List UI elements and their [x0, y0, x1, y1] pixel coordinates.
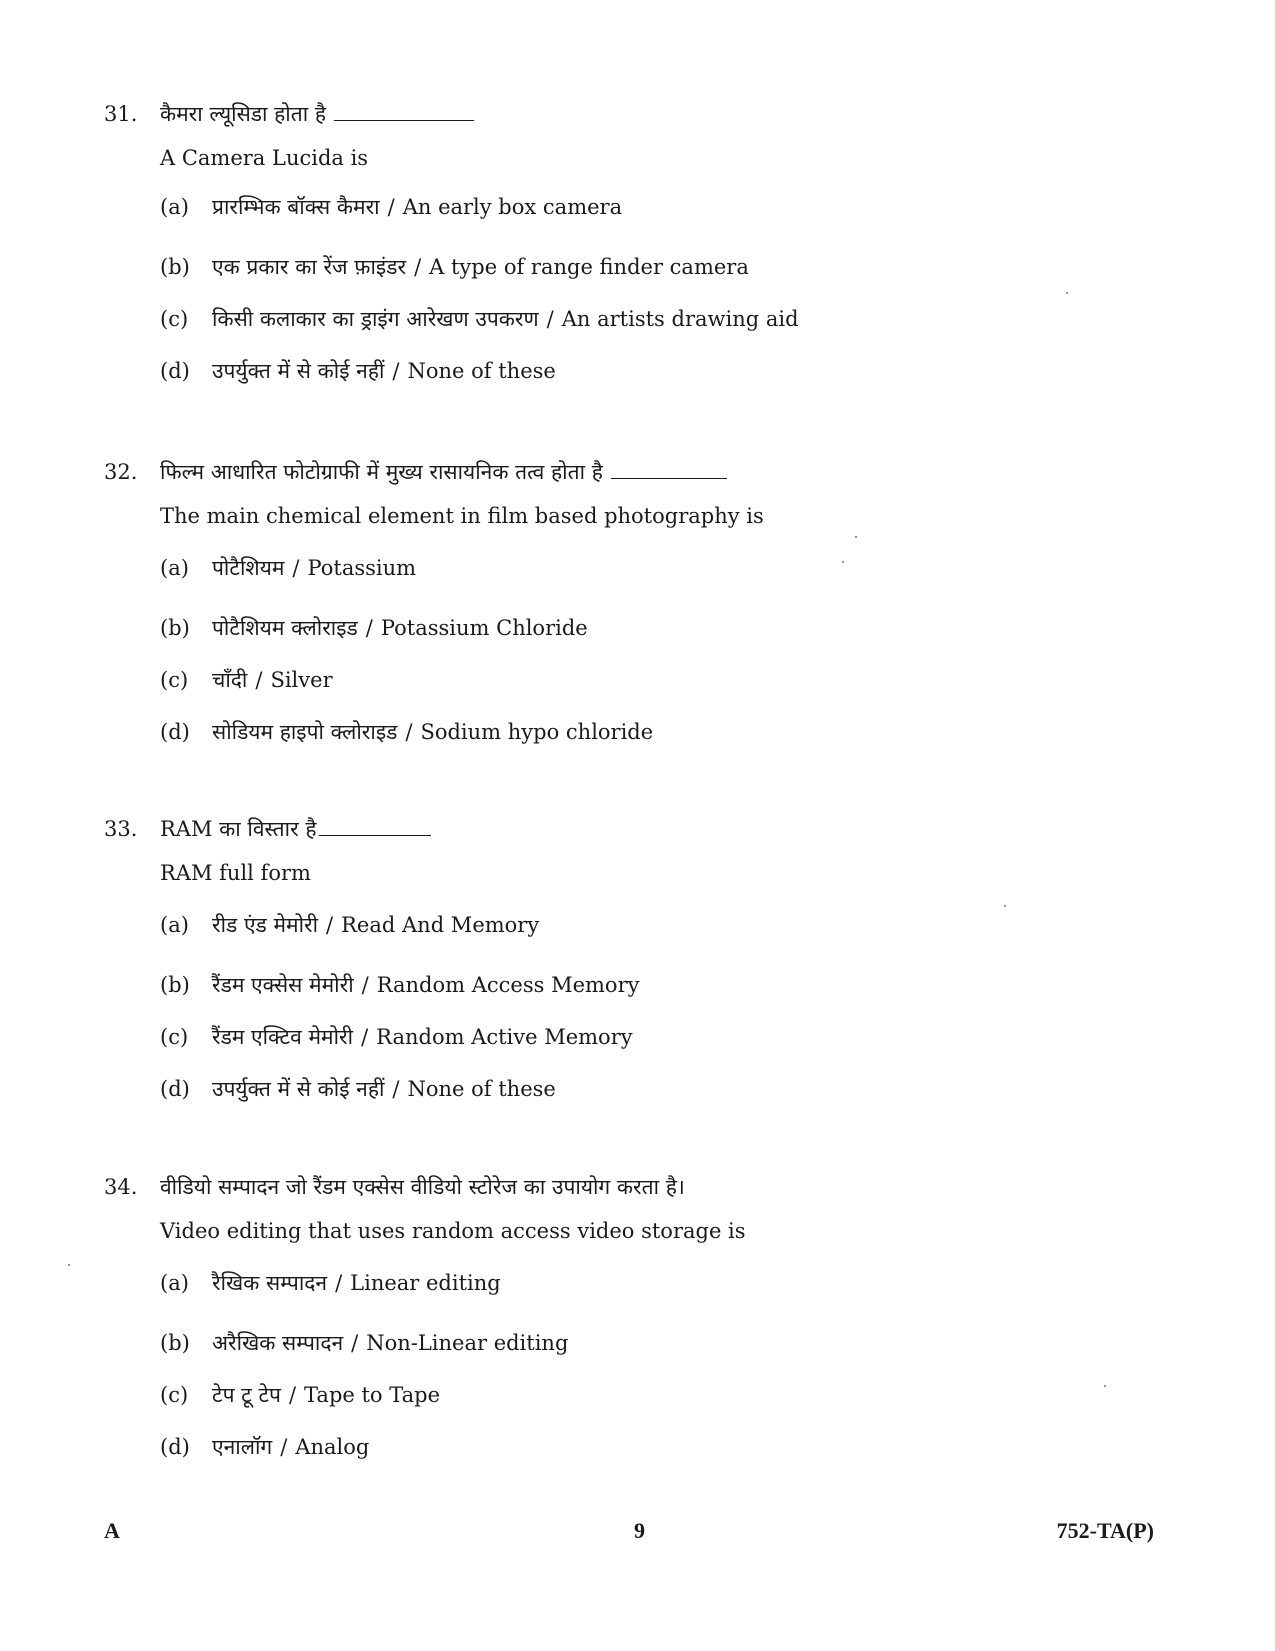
option-text-english: Linear editing — [350, 1269, 501, 1297]
option-d: (d) उपर्युक्त में से कोई नहीं / None of … — [160, 1075, 556, 1103]
option-text-hindi: एक प्रकार का रेंज फ़ाइंडर — [212, 253, 406, 281]
separator: / — [405, 718, 412, 746]
question-32: 32. फिल्म आधारित फोटोग्राफी में मुख्य रा… — [104, 458, 1204, 530]
separator: / — [361, 1023, 368, 1051]
option-label: (d) — [160, 357, 212, 385]
option-text-hindi: रैंडम एक्टिव मेमोरी — [212, 1023, 353, 1051]
option-label: (b) — [160, 614, 212, 642]
option-label: (b) — [160, 971, 212, 999]
question-hindi-line: 33. RAM का विस्तार है — [104, 815, 1204, 843]
option-text-hindi: एनालॉग — [212, 1433, 272, 1461]
option-label: (d) — [160, 1433, 212, 1461]
option-text-english: Random Access Memory — [377, 971, 640, 999]
page-footer: A 9 752-TA(P) — [104, 1518, 1154, 1548]
separator: / — [289, 1381, 296, 1409]
series-code: A — [104, 1518, 120, 1544]
paper-code: 752-TA(P) — [1057, 1518, 1154, 1544]
option-b: (b) पोटैशियम क्लोराइड / Potassium Chlori… — [160, 614, 588, 642]
scan-speck — [1104, 1385, 1106, 1387]
option-b: (b) एक प्रकार का रेंज फ़ाइंडर / A type o… — [160, 253, 749, 281]
option-text-english: Analog — [295, 1433, 369, 1461]
scan-speck — [1066, 292, 1068, 294]
option-text-english: None of these — [408, 1075, 556, 1103]
question-number: 33. — [104, 815, 160, 843]
separator: / — [335, 1269, 342, 1297]
option-text-hindi: उपर्युक्त में से कोई नहीं — [212, 1075, 384, 1103]
option-label: (b) — [160, 1329, 212, 1357]
scan-speck — [1004, 905, 1006, 907]
scan-speck — [855, 536, 857, 538]
option-c: (c) रैंडम एक्टिव मेमोरी / Random Active … — [160, 1023, 633, 1051]
question-number: 31. — [104, 100, 160, 128]
option-text-english: An artists drawing aid — [562, 305, 799, 333]
option-label: (a) — [160, 1269, 212, 1297]
option-text-english: Non-Linear editing — [366, 1329, 568, 1357]
option-a: (a) रीड एंड मेमोरी / Read And Memory — [160, 911, 539, 939]
option-label: (d) — [160, 1075, 212, 1103]
separator: / — [351, 1329, 358, 1357]
page-number: 9 — [634, 1518, 645, 1544]
option-d: (d) उपर्युक्त में से कोई नहीं / None of … — [160, 357, 556, 385]
question-33: 33. RAM का विस्तार है RAM full form (a) … — [104, 815, 1204, 887]
answer-blank — [334, 119, 474, 121]
option-label: (c) — [160, 666, 212, 694]
option-text-hindi: पोटैशियम — [212, 554, 284, 582]
question-text-english: Video editing that uses random access vi… — [160, 1217, 1204, 1245]
option-label: (c) — [160, 1023, 212, 1051]
option-text-hindi: अरैखिक सम्पादन — [212, 1329, 343, 1357]
option-text-english: An early box camera — [403, 193, 622, 221]
question-hindi-line: 32. फिल्म आधारित फोटोग्राफी में मुख्य रा… — [104, 458, 1204, 486]
question-number: 32. — [104, 458, 160, 486]
option-label: (a) — [160, 911, 212, 939]
question-text-hindi: कैमरा ल्यूसिडा होता है — [160, 100, 326, 128]
separator: / — [280, 1433, 287, 1461]
option-c: (c) किसी कलाकार का ड्राइंग आरेखण उपकरण /… — [160, 305, 799, 333]
option-label: (d) — [160, 718, 212, 746]
option-label: (a) — [160, 554, 212, 582]
separator: / — [388, 193, 395, 221]
scan-speck — [842, 561, 844, 563]
scan-speck — [68, 1264, 70, 1266]
separator: / — [255, 666, 262, 694]
option-label: (b) — [160, 253, 212, 281]
exam-page: 31. कैमरा ल्यूसिडा होता है A Camera Luci… — [0, 0, 1275, 1651]
option-label: (c) — [160, 305, 212, 333]
question-number: 34. — [104, 1173, 160, 1201]
option-text-english: Silver — [270, 666, 332, 694]
option-text-hindi: पोटैशियम क्लोराइड — [212, 614, 358, 642]
question-text-hindi: वीडियो सम्पादन जो रैंडम एक्सेस वीडियो स्… — [160, 1173, 685, 1201]
option-text-english: A type of range finder camera — [429, 253, 749, 281]
option-text-english: Potassium Chloride — [381, 614, 588, 642]
option-text-hindi: सोडियम हाइपो क्लोराइड — [212, 718, 397, 746]
question-hindi-line: 34. वीडियो सम्पादन जो रैंडम एक्सेस वीडिय… — [104, 1173, 1204, 1201]
question-31: 31. कैमरा ल्यूसिडा होता है A Camera Luci… — [104, 100, 1204, 172]
separator: / — [366, 614, 373, 642]
option-b: (b) रैंडम एक्सेस मेमोरी / Random Access … — [160, 971, 639, 999]
option-d: (d) सोडियम हाइपो क्लोराइड / Sodium hypo … — [160, 718, 653, 746]
option-label: (c) — [160, 1381, 212, 1409]
question-text-english: A Camera Lucida is — [160, 144, 1204, 172]
option-text-hindi: प्रारम्भिक बॉक्स कैमरा — [212, 193, 380, 221]
option-b: (b) अरैखिक सम्पादन / Non-Linear editing — [160, 1329, 568, 1357]
option-a: (a) रैखिक सम्पादन / Linear editing — [160, 1269, 501, 1297]
option-a: (a) प्रारम्भिक बॉक्स कैमरा / An early bo… — [160, 193, 622, 221]
option-d: (d) एनालॉग / Analog — [160, 1433, 369, 1461]
option-text-english: Random Active Memory — [376, 1023, 632, 1051]
option-c: (c) टेप टू टेप / Tape to Tape — [160, 1381, 440, 1409]
separator: / — [292, 554, 299, 582]
separator: / — [392, 357, 399, 385]
option-text-english: Tape to Tape — [304, 1381, 440, 1409]
option-text-hindi: चाँदी — [212, 666, 247, 694]
separator: / — [414, 253, 421, 281]
option-text-hindi: रैंडम एक्सेस मेमोरी — [212, 971, 354, 999]
question-text-english: RAM full form — [160, 859, 1204, 887]
option-text-hindi: किसी कलाकार का ड्राइंग आरेखण उपकरण — [212, 305, 539, 333]
answer-blank — [611, 477, 727, 479]
option-a: (a) पोटैशियम / Potassium — [160, 554, 416, 582]
option-text-english: Read And Memory — [341, 911, 539, 939]
option-text-hindi: रीड एंड मेमोरी — [212, 911, 318, 939]
separator: / — [326, 911, 333, 939]
option-label: (a) — [160, 193, 212, 221]
option-text-english: Sodium hypo chloride — [420, 718, 653, 746]
separator: / — [362, 971, 369, 999]
option-text-english: None of these — [408, 357, 556, 385]
option-c: (c) चाँदी / Silver — [160, 666, 333, 694]
option-text-hindi: रैखिक सम्पादन — [212, 1269, 327, 1297]
question-34: 34. वीडियो सम्पादन जो रैंडम एक्सेस वीडिय… — [104, 1173, 1204, 1245]
question-hindi-line: 31. कैमरा ल्यूसिडा होता है — [104, 100, 1204, 128]
question-text-hindi: RAM का विस्तार है — [160, 815, 317, 843]
answer-blank — [319, 834, 431, 836]
option-text-hindi: उपर्युक्त में से कोई नहीं — [212, 357, 384, 385]
question-text-hindi: फिल्म आधारित फोटोग्राफी में मुख्य रासायन… — [160, 458, 603, 486]
option-text-english: Potassium — [308, 554, 417, 582]
separator: / — [392, 1075, 399, 1103]
option-text-hindi: टेप टू टेप — [212, 1381, 281, 1409]
separator: / — [547, 305, 554, 333]
question-text-english: The main chemical element in film based … — [160, 502, 1204, 530]
